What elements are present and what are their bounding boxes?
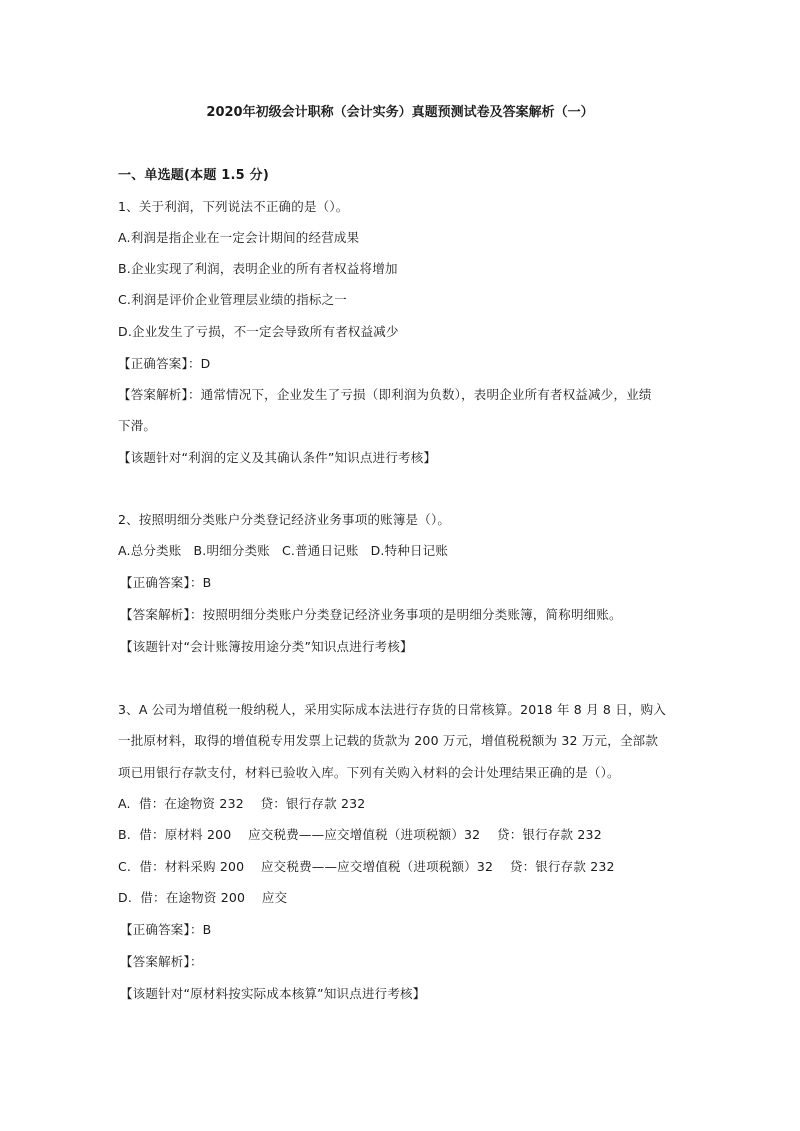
- option-d: D.企业发生了亏损，不一定会导致所有者权益减少: [118, 324, 399, 340]
- option-d: D.特种日记账: [371, 543, 449, 558]
- option-d: D. 借：在途物资 200 应交: [118, 890, 287, 906]
- answer-analysis: 【答案解析】：: [120, 954, 203, 970]
- option-a: A.总分类账: [118, 543, 182, 558]
- question-stem: 2、按照明细分类账户分类登记经济业务事项的账簿是（）。: [118, 512, 450, 528]
- knowledge-point-note: 【该题针对“原材料按实际成本核算”知识点进行考核】: [120, 986, 425, 1002]
- knowledge-point-note: 【该题针对“会计账簿按用途分类”知识点进行考核】: [120, 639, 413, 655]
- option-b: B.明细分类账: [194, 543, 270, 558]
- answer-analysis: 【答案解析】：通常情况下，企业发生了亏损（即利润为负数），表明企业所有者权益减少…: [118, 387, 652, 403]
- answer-analysis: 【答案解析】：按照明细分类账户分类登记经济业务事项的是明细分类账簿，简称明细账。: [120, 607, 622, 623]
- option-a: A.利润是指企业在一定会计期间的经营成果: [118, 230, 359, 246]
- knowledge-point-note: 【该题针对“利润的定义及其确认条件”知识点进行考核】: [118, 450, 436, 466]
- question-stem: 1、关于利润，下列说法不正确的是（）。: [118, 199, 349, 215]
- options-row: A.总分类账B.明细分类账C.普通日记账D.特种日记账: [118, 543, 448, 559]
- question-stem-cont: 一批原材料，取得的增值税专用发票上记载的货款为 200 万元，增值税税额为 32…: [118, 733, 658, 749]
- document-title: 2020年初级会计职称（会计实务）真题预测试卷及答案解析（一）: [0, 104, 800, 122]
- correct-answer: 【正确答案】：B: [120, 922, 211, 938]
- correct-answer: 【正确答案】：D: [118, 356, 210, 372]
- question-stem-cont: 项已用银行存款支付，材料已验收入库。下列有关购入材料的会计处理结果正确的是（）。: [118, 765, 620, 781]
- option-c: C.普通日记账: [282, 543, 359, 558]
- option-b: B.企业实现了利润，表明企业的所有者权益将增加: [118, 261, 398, 277]
- answer-analysis-cont: 下滑。: [118, 418, 156, 434]
- option-a: A. 借：在途物资 232 贷：银行存款 232: [118, 796, 365, 812]
- option-c: C.利润是评价企业管理层业绩的指标之一: [118, 292, 347, 308]
- section-heading: 一、单选题(本题 1.5 分): [118, 168, 269, 184]
- question-stem: 3、A 公司为增值税一般纳税人，采用实际成本法进行存货的日常核算。2018 年 …: [118, 702, 666, 718]
- option-c: C. 借：材料采购 200 应交税费——应交增值税（进项税额）32 贷：银行存款…: [118, 859, 615, 875]
- correct-answer: 【正确答案】：B: [120, 575, 211, 591]
- document-page: 2020年初级会计职称（会计实务）真题预测试卷及答案解析（一） 一、单选题(本题…: [0, 0, 800, 1131]
- option-b: B. 借：原材料 200 应交税费——应交增值税（进项税额）32 贷：银行存款 …: [118, 827, 602, 843]
